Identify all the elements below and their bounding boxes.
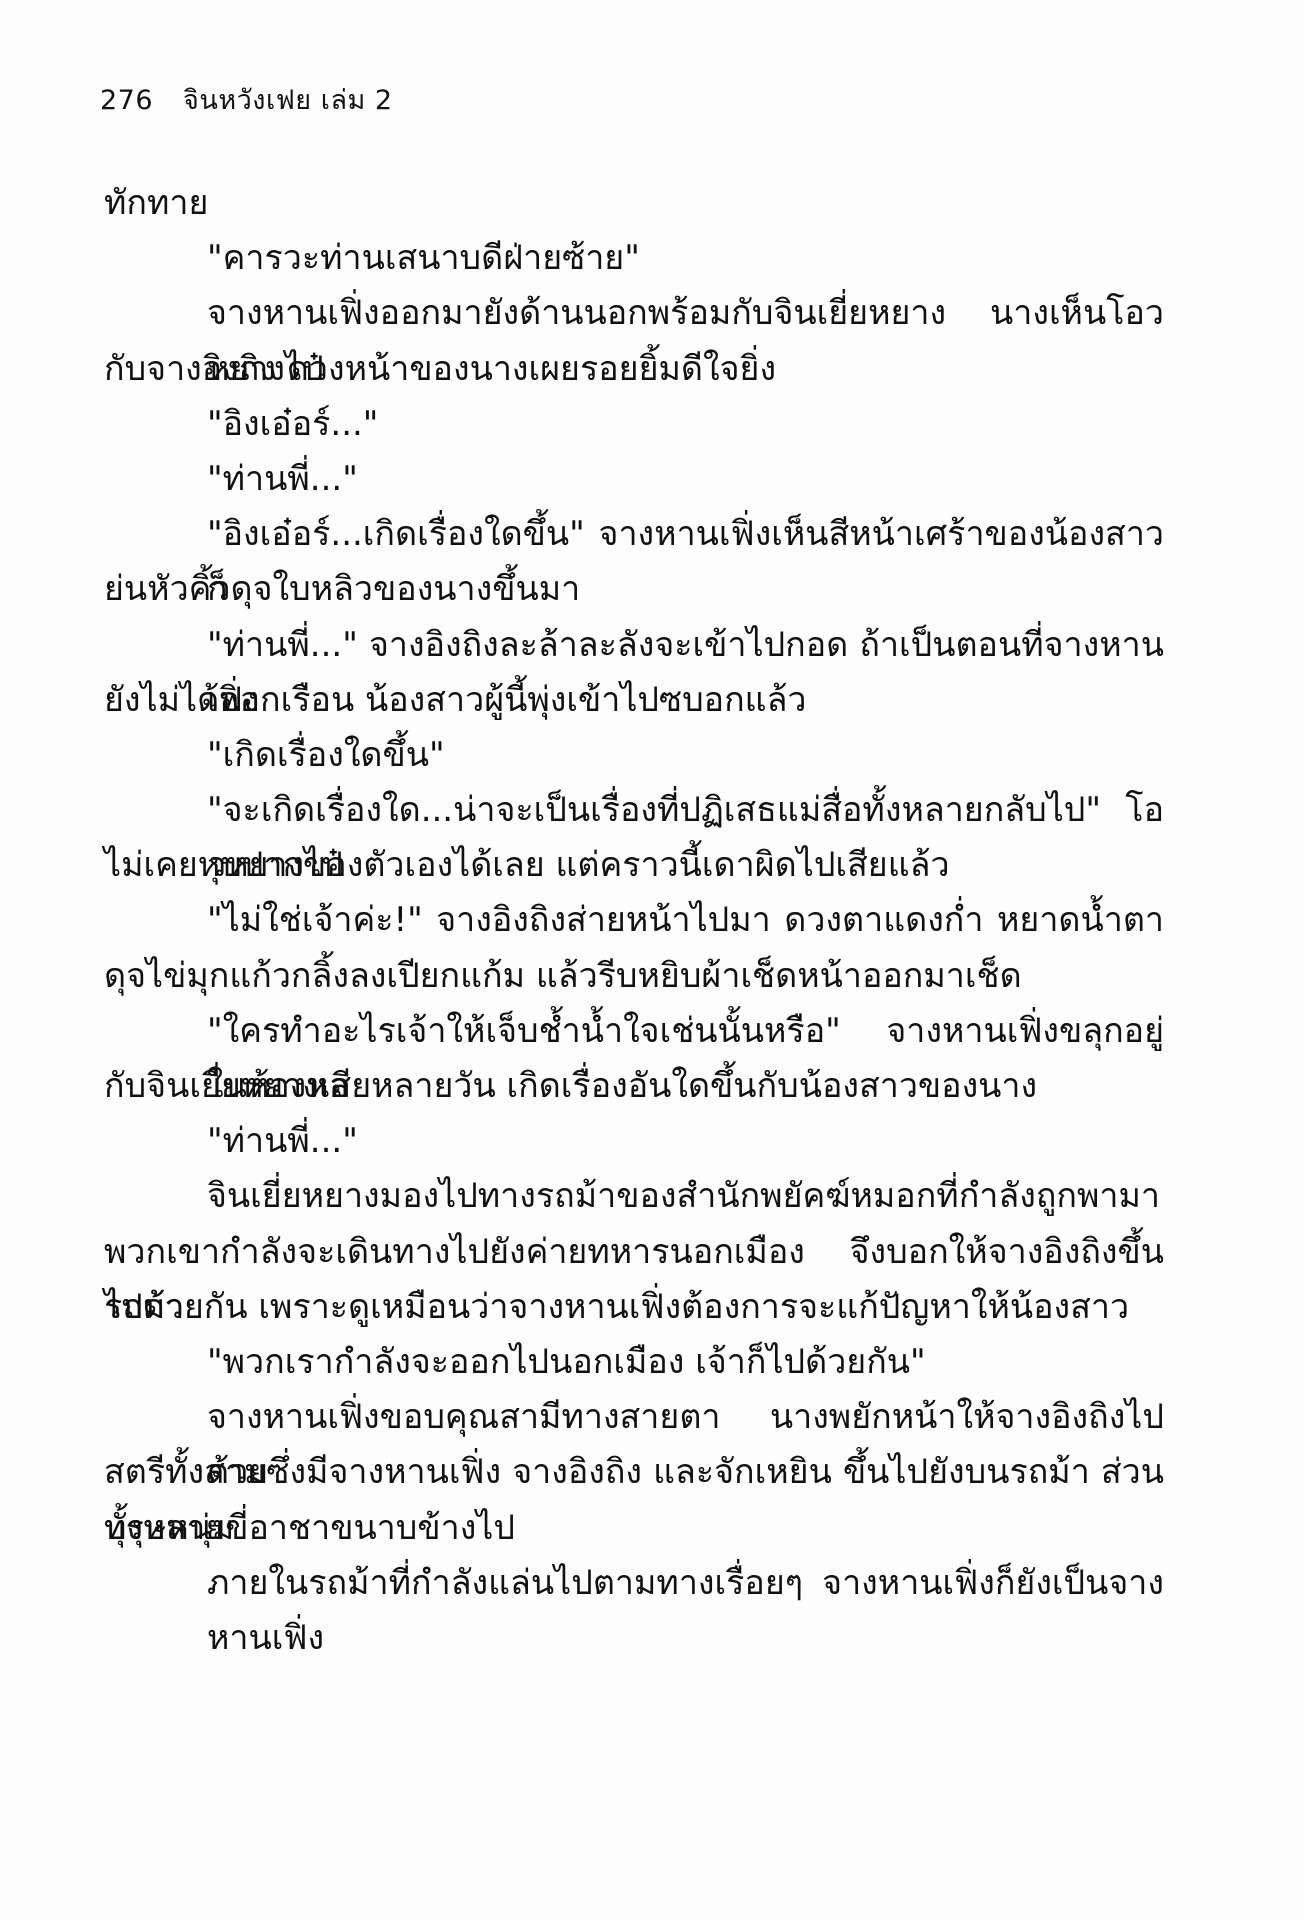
text-line: สตรีทั้งสามซึ่งมีจางหานเฟิ่ง จางอิงถิง แ… (104, 1445, 1164, 1500)
text-line: "ท่านพี่..." (104, 452, 1164, 507)
text-line: "จะเกิดเรื่องใด...น่าจะเป็นเรื่องที่ปฏิเ… (104, 783, 1164, 838)
text-line: "พวกเรากำลังจะออกไปนอกเมือง เจ้าก็ไปด้วย… (104, 1335, 1164, 1390)
text-line: ไปด้วยกัน เพราะดูเหมือนว่าจางหานเฟิ่งต้อ… (104, 1280, 1164, 1335)
text-line: "เกิดเรื่องใดขึ้น" (104, 728, 1164, 783)
text-line: ทั้งหลายขี่อาชาขนาบข้างไป (104, 1501, 1164, 1556)
text-line: จางหานเฟิ่งออกมายังด้านนอกพร้อมกับจินเยี… (104, 286, 1164, 341)
text-line: "ใครทำอะไรเจ้าให้เจ็บช้ำน้ำใจเช่นนั้นหรื… (104, 1004, 1164, 1059)
text-line: ไม่เคยหุบปากของตัวเองได้เลย แต่คราวนี้เด… (104, 838, 1164, 893)
text-line: พวกเขากำลังจะเดินทางไปยังค่ายทหารนอกเมือ… (104, 1225, 1164, 1280)
page-number: 276 (100, 85, 153, 116)
text-line: กับจินเยี่ยหยางเสียหลายวัน เกิดเรื่องอัน… (104, 1059, 1164, 1114)
text-line: "ท่านพี่..." จางอิงถิงละล้าละลังจะเข้าไป… (104, 618, 1164, 673)
text-line: "อิงเอ๋อร์...เกิดเรื่องใดขึ้น" จางหานเฟิ… (104, 507, 1164, 562)
running-header: 276จินหวังเฟย เล่ม 2 (100, 78, 393, 121)
text-line: ภายในรถม้าที่กำลังแล่นไปตามทางเรื่อยๆ จา… (104, 1556, 1164, 1611)
text-line: "คารวะท่านเสนาบดีฝ่ายซ้าย" (104, 231, 1164, 286)
text-line: ทักทาย (104, 176, 1164, 231)
text-line: ย่นหัวคิ้วดุจใบหลิวของนางขึ้นมา (104, 562, 1164, 617)
text-line: กับจางอิงถิง ดวงหน้าของนางเผยรอยยิ้มดีใจ… (104, 342, 1164, 397)
text-line: ยังไม่ได้ออกเรือน น้องสาวผู้นี้พุ่งเข้าไ… (104, 673, 1164, 728)
text-line: "ไม่ใช่เจ้าค่ะ!" จางอิงถิงส่ายหน้าไปมา ด… (104, 893, 1164, 948)
text-line: จางหานเฟิ่งขอบคุณสามีทางสายตา นางพยักหน้… (104, 1390, 1164, 1445)
text-line: จินเยี่ยหยางมองไปทางรถม้าของสำนักพยัคฆ์ห… (104, 1169, 1164, 1224)
text-line: ดุจไข่มุกแก้วกลิ้งลงเปียกแก้ม แล้วรีบหยิ… (104, 949, 1164, 1004)
text-line: "ท่านพี่..." (104, 1114, 1164, 1169)
text-line: "อิงเอ๋อร์..." (104, 397, 1164, 452)
book-title: จินหวังเฟย เล่ม 2 (183, 85, 393, 116)
book-page: 276จินหวังเฟย เล่ม 2 ทักทาย"คารวะท่านเสน… (0, 0, 1304, 1920)
body-text: ทักทาย"คารวะท่านเสนาบดีฝ่ายซ้าย"จางหานเฟ… (104, 176, 1164, 1611)
